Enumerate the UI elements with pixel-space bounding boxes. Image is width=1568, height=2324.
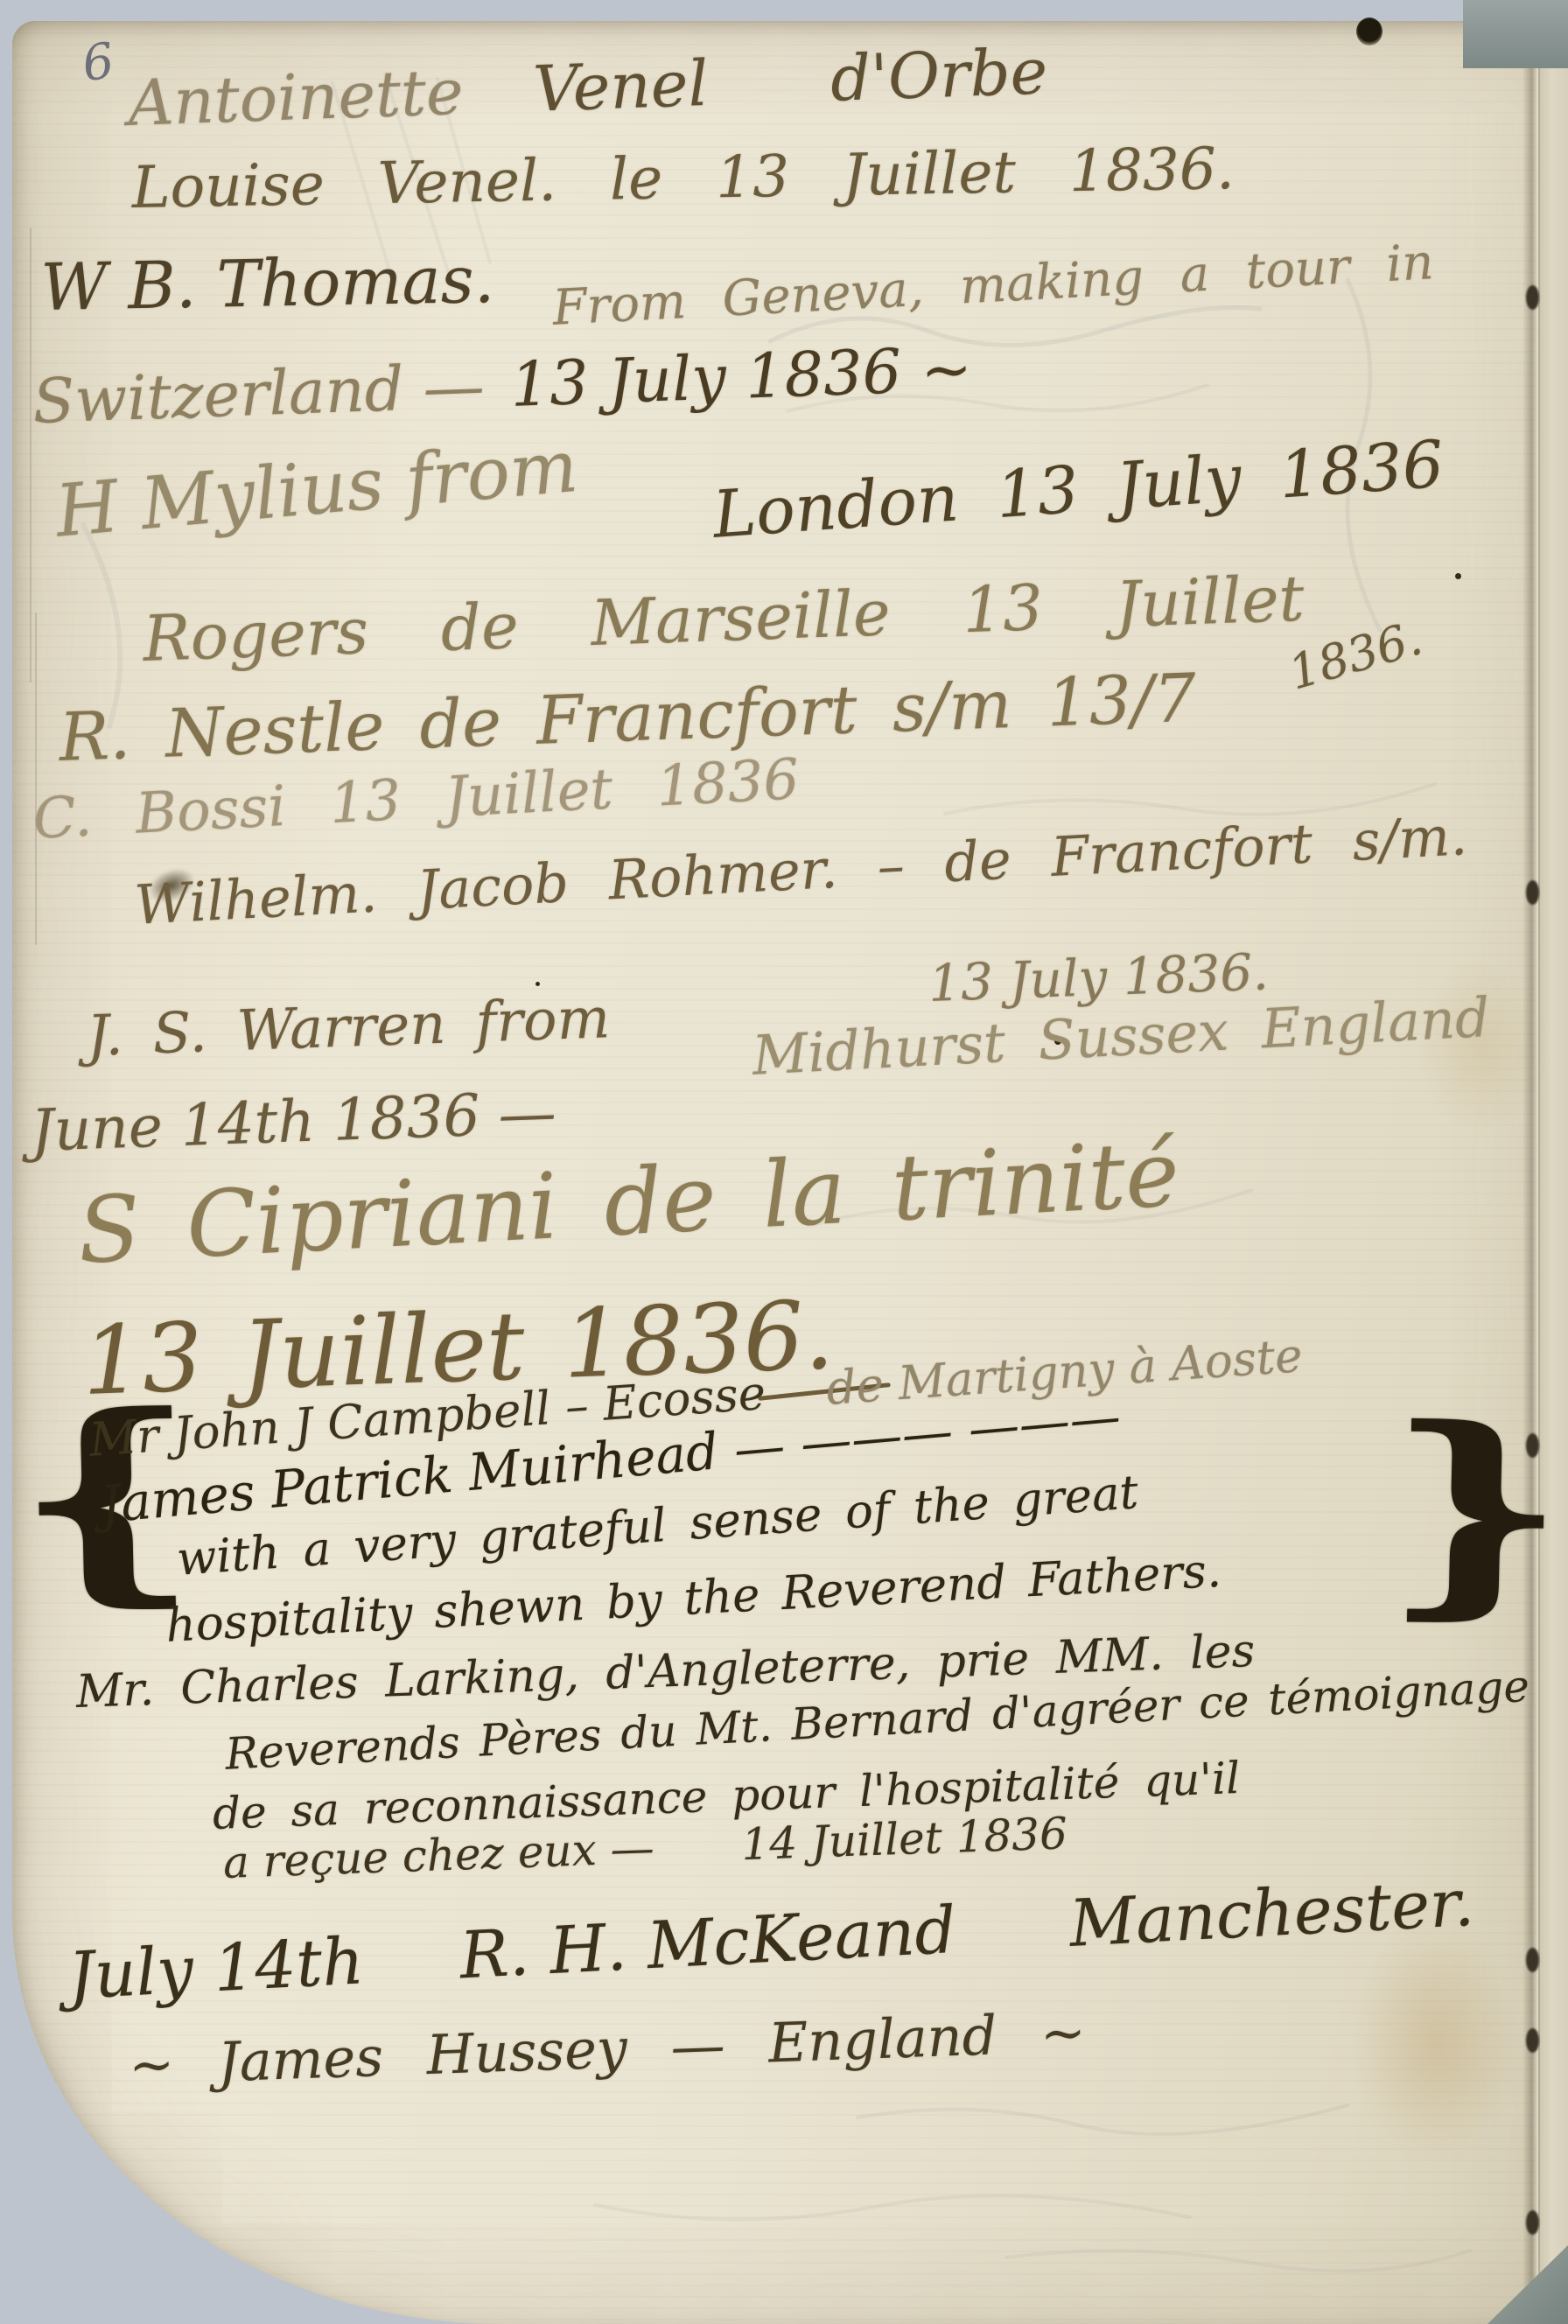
right-brace: } (1381, 1398, 1568, 1621)
paper-stain (1354, 1916, 1521, 2170)
binding-stitch (1526, 880, 1539, 905)
entry-wb-thomas-name: W B. Thomas. (40, 242, 495, 325)
dust-speck (1455, 573, 1461, 579)
gutter-shadow-top (1463, 0, 1568, 68)
binding-stitch (1526, 2028, 1539, 2053)
ink-spot (1356, 17, 1382, 45)
binding-stitch (1526, 1948, 1539, 1972)
scanned-guestbook-page: 6 AntoinetteVeneld'Orbe Louise Venel. le… (0, 0, 1568, 2324)
binding-stitch (1526, 285, 1539, 310)
binding-crease (1522, 61, 1538, 2324)
entry-text: Antoinette (127, 55, 465, 140)
entry-text: July 14th (66, 1923, 366, 2014)
entry-text: Venel (532, 46, 710, 126)
dust-speck (535, 982, 540, 986)
binding-stitch (1526, 2210, 1539, 2235)
entry-text: d'Orbe (829, 34, 1049, 115)
